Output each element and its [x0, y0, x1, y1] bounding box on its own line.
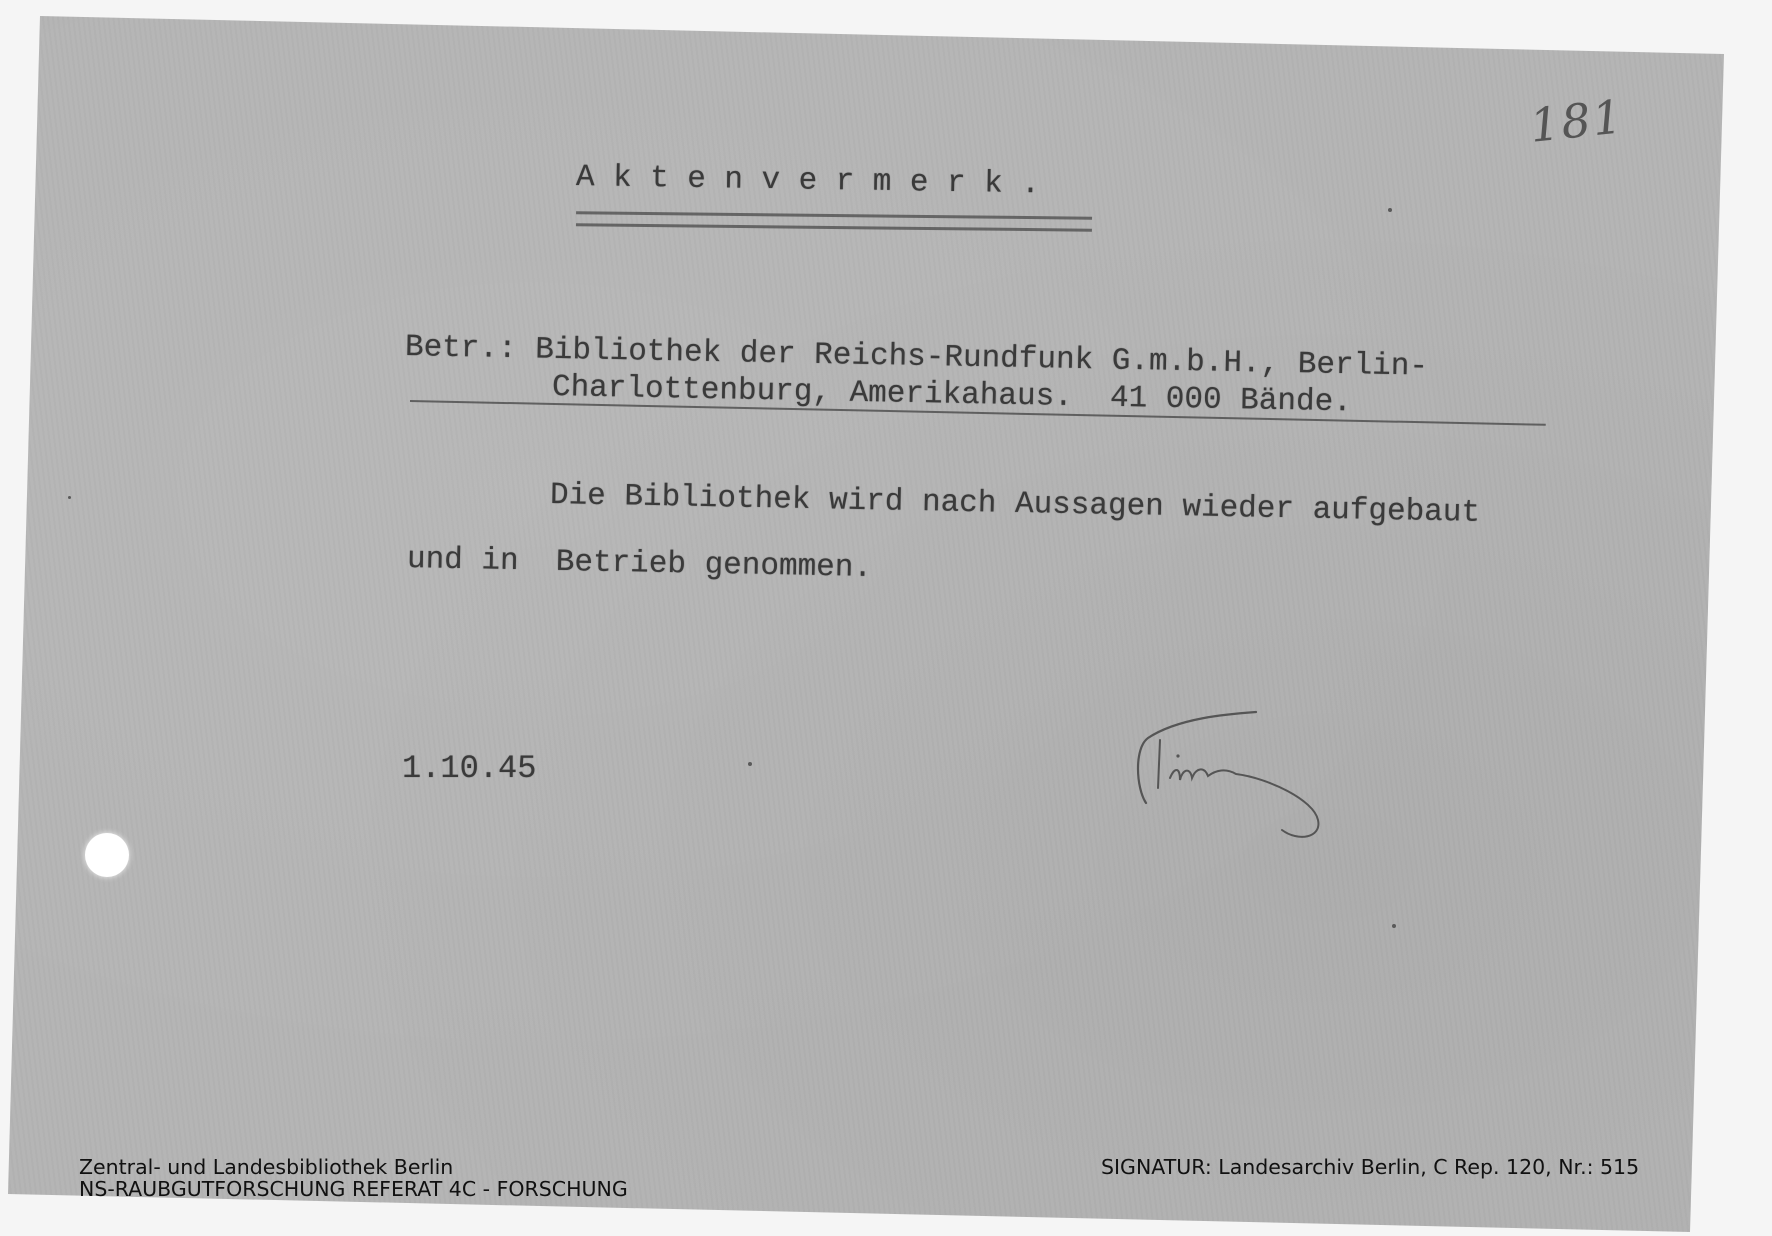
document-date: 1.10.45 — [402, 750, 536, 787]
handwritten-signature — [1118, 708, 1368, 848]
subject-label: Betr.: — [405, 330, 517, 367]
paper-speck — [68, 496, 71, 499]
footer-institution-block: Zentral- und Landesbibliothek BerlinNS-R… — [79, 1156, 628, 1200]
folio-number: 181 — [1527, 89, 1626, 153]
paper-speck — [748, 762, 752, 766]
paper-speck — [1392, 924, 1396, 928]
footer-institution: Zentral- und Landesbibliothek Berlin — [79, 1156, 628, 1178]
footer-signatur: SIGNATUR: Landesarchiv Berlin, C Rep. 12… — [1101, 1156, 1639, 1178]
punch-hole — [85, 833, 129, 877]
footer-department: NS-RAUBGUTFORSCHUNG REFERAT 4C - FORSCHU… — [79, 1178, 628, 1200]
paper-speck — [1388, 208, 1392, 212]
scanned-document: 181 Aktenvermerk. Betr.: Bibliothek der … — [0, 0, 1772, 1236]
